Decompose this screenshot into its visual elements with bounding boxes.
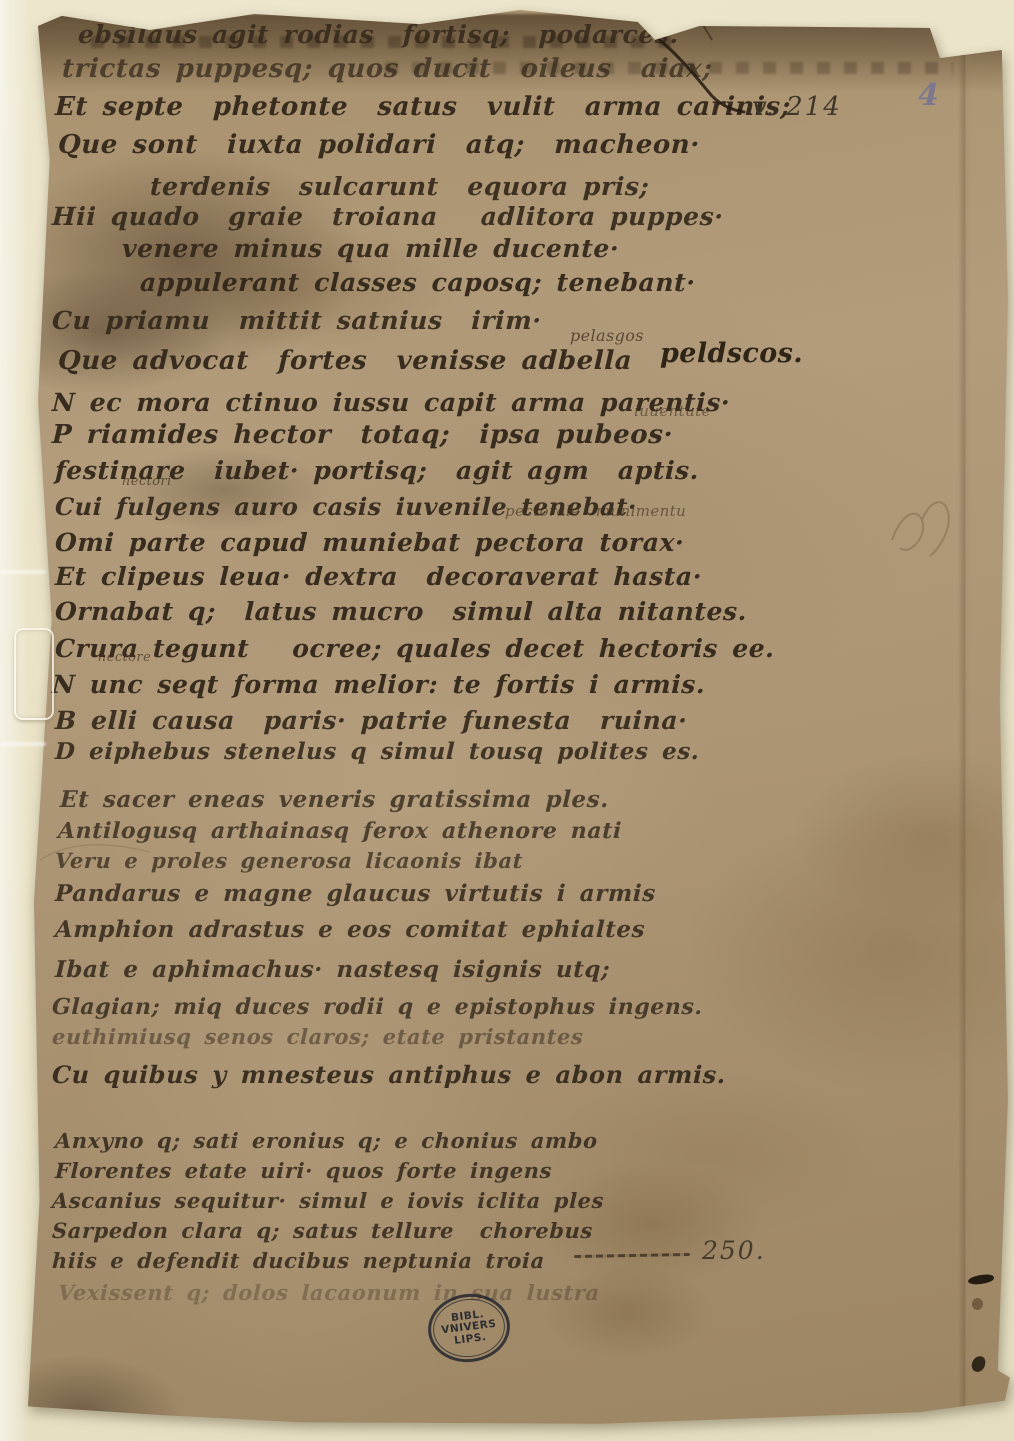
manuscript-line: Et septe phetonte satus vulit arma carin… — [54, 92, 791, 122]
manuscript-line: Ibat e aphimachus· nastesq isignis utq; — [55, 956, 611, 983]
photograph-background: { "colors": { "backing_paper": "#e9e2c6"… — [0, 0, 1014, 1441]
manuscript-line: Que sont iuxta polidari atq; macheon· — [57, 130, 700, 160]
manuscript-line: Pandarus e magne glaucus virtutis i armi… — [55, 880, 657, 907]
manuscript-leaf-wrapper: ebsilaus agit rodias fortisq; podarces.t… — [0, 0, 1014, 1441]
manuscript-line: D eiphebus stenelus q simul tousq polite… — [55, 738, 700, 765]
manuscript-line: terdenis sulcarunt equora pris; — [149, 172, 649, 201]
manuscript-line: hiis e defendit ducibus neptunia troia — [52, 1248, 546, 1273]
manuscript-line: Que advocat fortes venisse adbella — [57, 346, 632, 376]
gloss-pectorale-munimentum: pectorale munimentu — [505, 502, 686, 520]
parchment-sheet: ebsilaus agit rodias fortisq; podarces.t… — [0, 0, 1014, 1441]
text-block: ebsilaus agit rodias fortisq; podarces.t… — [0, 0, 1014, 1441]
manuscript-line: Veru e proles generosa licaonis ibat — [55, 848, 524, 873]
gloss-iuventute: iuuentute — [634, 402, 711, 420]
mounting-clip — [14, 628, 54, 720]
sleeve-highlight — [0, 742, 46, 746]
manuscript-line: trictas puppesq; quos ducit oileus aiax; — [61, 54, 713, 84]
manuscript-line: Antilogusq arthainasq ferox athenore nat… — [58, 818, 623, 844]
manuscript-line: Vexissent q; dolos lacaonum in sua lustr… — [58, 1280, 601, 1305]
manuscript-line: appulerant classes caposq; tenebant· — [139, 268, 696, 297]
manuscript-line: Hii quado graie troiana adlitora puppes· — [51, 202, 724, 231]
manuscript-line: Amphion adrastus e eos comitat ephialtes — [55, 916, 646, 943]
manuscript-line: Florentes etate uiri· quos forte ingens — [55, 1158, 553, 1183]
manuscript-line: Anxyno q; sati eronius q; e chonius ambo — [55, 1128, 599, 1153]
gloss-pelasgos-interlinear: pelasgos — [570, 326, 644, 345]
manuscript-line: Et clipeus leua· dextra decoraverat hast… — [54, 562, 702, 591]
manuscript-line: ebsilaus agit rodias fortisq; podarces. — [77, 20, 679, 49]
manuscript-line: Glagian; miq duces rodii q e epistophus … — [52, 994, 704, 1020]
folio-number: 4 — [918, 78, 939, 113]
manuscript-line: venere minus qua mille ducente· — [121, 234, 619, 263]
verse-number-214: v. 214 — [752, 92, 842, 122]
gloss-pelascos-margin: peldscos. — [660, 338, 803, 369]
manuscript-line: P riamides hector totaq; ipsa pubeos· — [51, 420, 673, 450]
gloss-hectori: hectori — [122, 474, 172, 489]
sleeve-highlight — [0, 570, 46, 574]
manuscript-line: Cu quibus y mnesteus antiphus e abon arm… — [51, 1060, 726, 1089]
manuscript-line: B elli causa paris· patrie funesta ruina… — [54, 706, 688, 735]
manuscript-line: Sarpedon clara q; satus tellure chorebus — [52, 1218, 594, 1243]
manuscript-line: Et sacer eneas veneris gratissima ples. — [60, 786, 610, 813]
manuscript-line: Crura tegunt ocree; quales decet hectori… — [54, 634, 775, 663]
manuscript-line: euthimiusq senos claros; etate pristante… — [52, 1024, 584, 1049]
manuscript-line: Ascanius sequitur· simul e iovis iclita … — [52, 1188, 605, 1213]
manuscript-line: Omi parte capud muniebat pectora torax· — [54, 528, 684, 557]
library-stamp-border: BIBL. VNIVERS LIPS. — [430, 1295, 509, 1361]
manuscript-line: Cu priamu mittit satnius irim· — [51, 306, 542, 335]
verse-number-250: 250. — [702, 1236, 766, 1265]
stamp-line: LIPS. — [454, 1332, 488, 1347]
manuscript-line: Ornabat q; latus mucro simul alta nitant… — [54, 597, 747, 626]
manuscript-line: N ec mora ctinuo iussu capit arma parent… — [51, 388, 730, 417]
ink-stain-dot — [972, 1298, 983, 1310]
manuscript-line: N unc seqt forma melior: te fortis i arm… — [51, 670, 705, 699]
gloss-hectore: hectore — [98, 650, 151, 665]
